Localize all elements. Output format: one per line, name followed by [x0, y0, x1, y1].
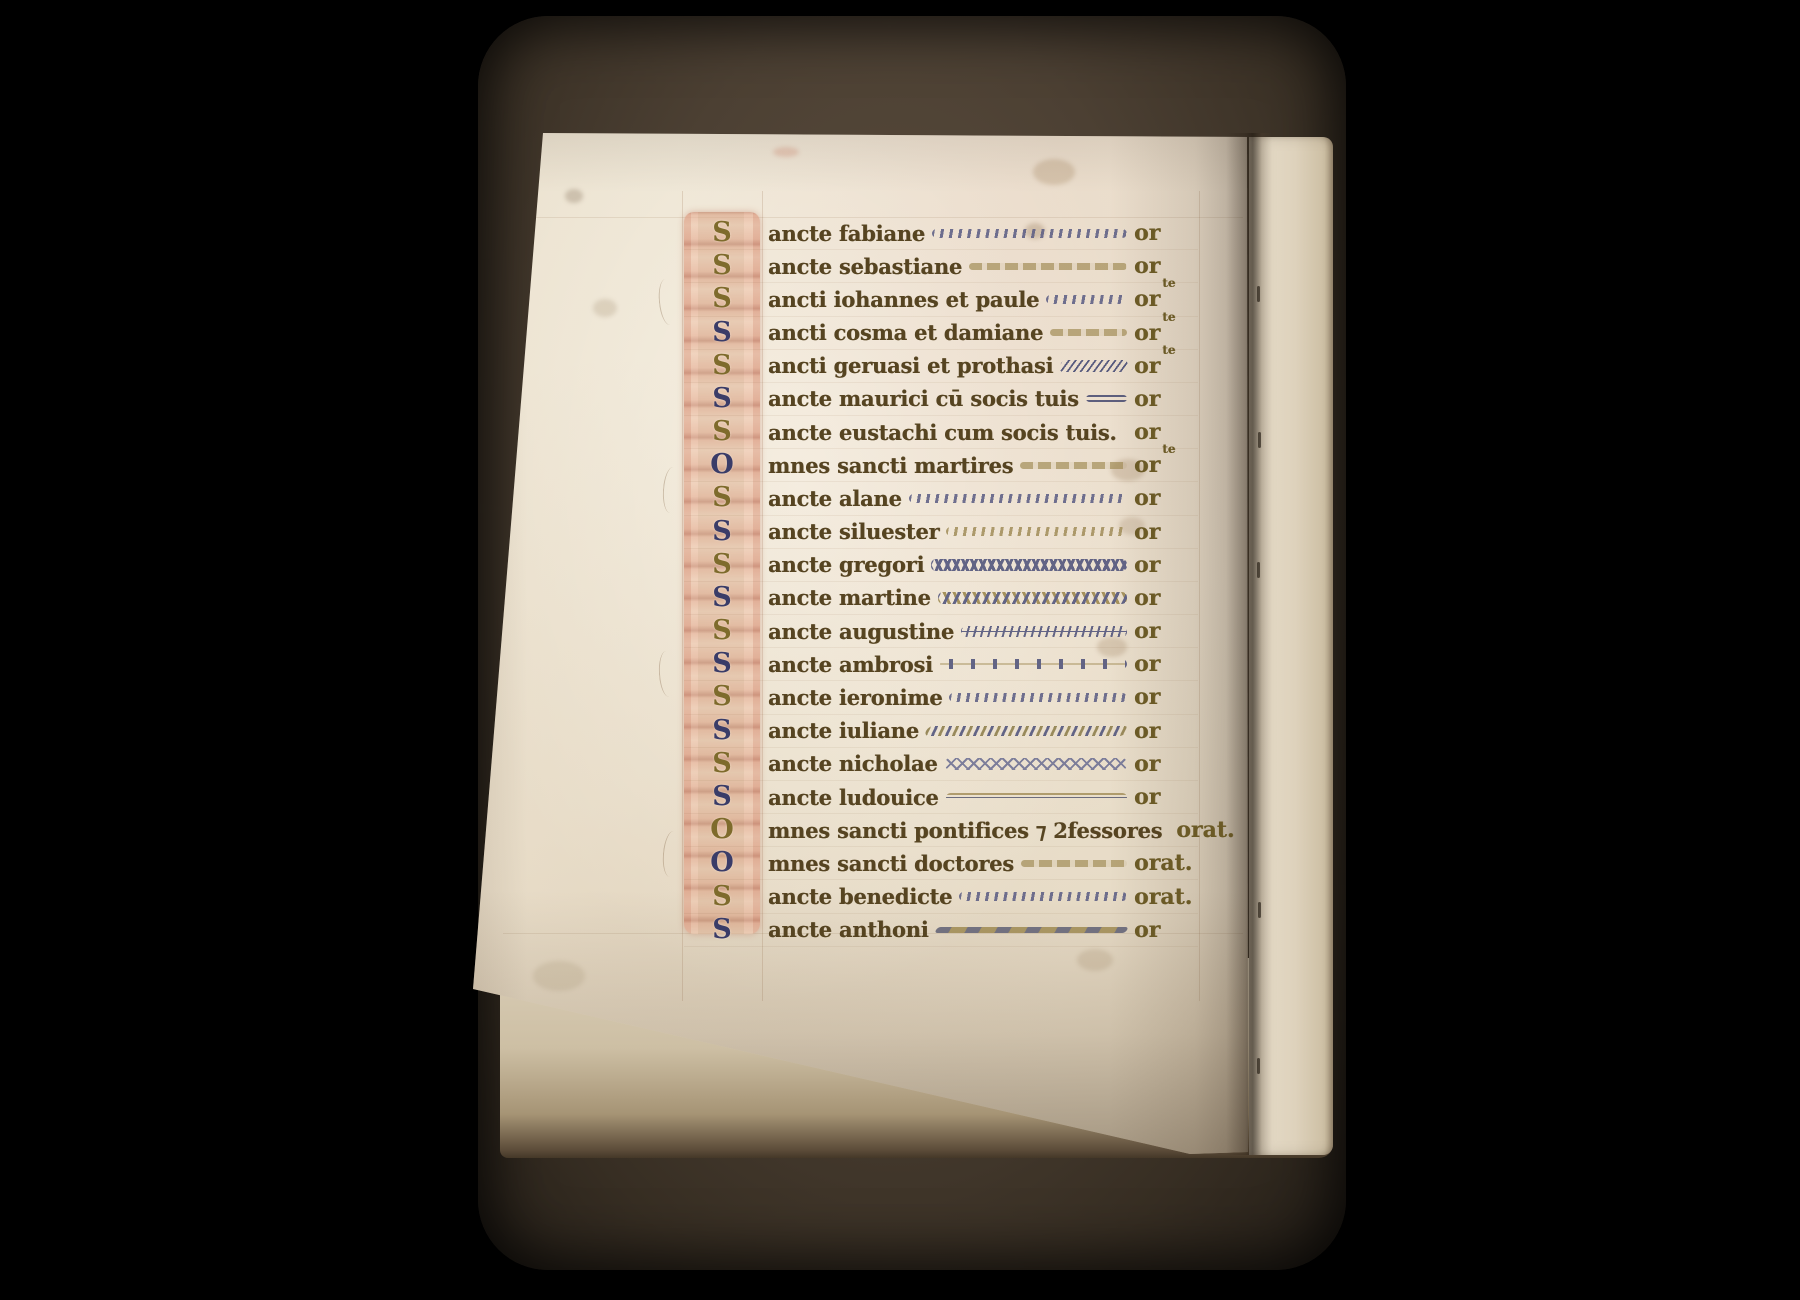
- litany-line: S ancte eustachi cum socis tuis. or: [684, 416, 1198, 449]
- litany-line: S ancte gregori or: [684, 549, 1198, 582]
- response-text: or: [1134, 651, 1198, 677]
- response-text: orat.: [1134, 884, 1198, 910]
- line-text: ancte martine: [768, 585, 931, 610]
- response-superscript: te: [1162, 276, 1175, 290]
- line-text: ancte anthoni: [768, 917, 929, 942]
- gutter-stitch: [1257, 1058, 1260, 1074]
- gutter-stitch: [1258, 432, 1261, 448]
- line-filler: [909, 494, 1127, 503]
- line-text: ancte iuliane: [768, 718, 919, 743]
- response-text: or: [1134, 585, 1198, 611]
- line-text: ancte ludouice: [768, 785, 939, 810]
- response-text: or: [1134, 552, 1198, 578]
- line-initial: S: [684, 682, 760, 712]
- line-initial: S: [684, 318, 760, 348]
- line-initial: S: [684, 218, 760, 248]
- litany-line: S ancte martine or: [684, 582, 1198, 615]
- response-text: or: [1134, 419, 1198, 445]
- response-superscript: te: [1162, 343, 1175, 357]
- litany-line: S ancte alane or: [684, 482, 1198, 515]
- response-superscript: te: [1162, 310, 1175, 324]
- response-text: or: [1134, 917, 1198, 943]
- line-text: ancte sebastiane: [768, 254, 962, 279]
- line-filler: [969, 263, 1127, 270]
- line-filler: [1086, 395, 1127, 402]
- line-initial: S: [684, 251, 760, 281]
- litany-line: O mnes sancti martires orte: [684, 449, 1198, 482]
- response-text: or: [1134, 684, 1198, 710]
- response-text: or: [1134, 386, 1198, 412]
- line-text: ancte eustachi cum socis tuis.: [768, 420, 1117, 445]
- litany-text-block: S ancte fabiane or S ancte sebastiane or…: [684, 217, 1198, 947]
- line-text: ancti geruasi et prothasi: [768, 353, 1053, 378]
- response-text: or: [1134, 751, 1198, 777]
- line-filler: [938, 592, 1127, 604]
- line-text: ancte siluester: [768, 519, 939, 544]
- line-filler: [949, 693, 1127, 702]
- gutter-stitch: [1257, 562, 1260, 578]
- litany-line: S ancti geruasi et prothasi orte: [684, 350, 1198, 383]
- response-text: orte: [1134, 452, 1198, 478]
- litany-line: S ancte ieronime or: [684, 681, 1198, 714]
- line-initial: S: [684, 716, 760, 746]
- litany-line: S ancte augustine or: [684, 615, 1198, 648]
- line-filler: [961, 626, 1127, 637]
- response-text: orte: [1134, 286, 1198, 312]
- line-text: ancte fabiane: [768, 221, 925, 246]
- response-text: orte: [1134, 353, 1198, 379]
- line-filler: [959, 892, 1127, 901]
- litany-line: S ancte iuliane or: [684, 715, 1198, 748]
- litany-line: S ancti cosma et damiane orte: [684, 317, 1198, 350]
- line-filler: [924, 726, 1130, 736]
- line-filler: [946, 793, 1127, 802]
- line-text: ancti iohannes et paule: [768, 287, 1039, 312]
- line-text: ancte benedicte: [768, 884, 952, 909]
- line-initial: S: [684, 351, 760, 381]
- litany-line: S ancte anthoni or: [684, 914, 1198, 947]
- line-filler: [940, 659, 1127, 669]
- line-filler: [1059, 360, 1129, 372]
- line-filler: [1046, 295, 1127, 304]
- line-text: mnes sancti pontifices ⁊ 2fessores: [768, 818, 1162, 843]
- response-superscript: te: [1162, 442, 1175, 456]
- litany-line: S ancte benedicte orat.: [684, 880, 1198, 913]
- line-filler: [1050, 329, 1127, 336]
- line-filler: [1020, 462, 1127, 469]
- gutter-stitch: [1257, 286, 1260, 302]
- response-text: or: [1134, 253, 1198, 279]
- response-text: or: [1134, 519, 1198, 545]
- line-initial: O: [684, 815, 760, 845]
- line-text: ancte ambrosi: [768, 652, 933, 677]
- line-text: mnes sancti doctores: [768, 851, 1014, 876]
- line-initial: S: [684, 749, 760, 779]
- line-initial: O: [684, 450, 760, 480]
- litany-line: S ancte maurici cū socis tuis or: [684, 383, 1198, 416]
- litany-line: S ancte fabiane or: [684, 217, 1198, 250]
- litany-line: S ancte ambrosi or: [684, 648, 1198, 681]
- line-filler: [931, 559, 1127, 571]
- line-filler: [934, 927, 1129, 933]
- line-filler: [932, 229, 1127, 238]
- gutter-shadow: [1226, 133, 1272, 1155]
- manuscript-photo: S ancte fabiane or S ancte sebastiane or…: [0, 0, 1800, 1300]
- line-initial: S: [684, 882, 760, 912]
- litany-line: S ancte ludouice or: [684, 781, 1198, 814]
- line-text: mnes sancti martires: [768, 453, 1013, 478]
- line-text: ancte gregori: [768, 552, 924, 577]
- line-initial: S: [684, 550, 760, 580]
- line-initial: S: [684, 417, 760, 447]
- line-initial: S: [684, 649, 760, 679]
- line-initial: S: [684, 782, 760, 812]
- response-text: or: [1134, 220, 1198, 246]
- line-text: ancte alane: [768, 486, 902, 511]
- litany-line: S ancte nicholae or: [684, 748, 1198, 781]
- line-initial: S: [684, 915, 760, 945]
- line-initial: S: [684, 384, 760, 414]
- line-filler: [1124, 427, 1127, 437]
- response-text: or: [1134, 485, 1198, 511]
- response-text: or: [1134, 784, 1198, 810]
- line-text: ancti cosma et damiane: [768, 320, 1043, 345]
- response-text: orte: [1134, 320, 1198, 346]
- line-text: ancte augustine: [768, 619, 954, 644]
- gutter-stitch: [1258, 902, 1261, 918]
- response-text: or: [1134, 618, 1198, 644]
- line-filler: [946, 527, 1127, 536]
- litany-line: S ancte siluester or: [684, 516, 1198, 549]
- line-initial: S: [684, 583, 760, 613]
- line-initial: S: [684, 616, 760, 646]
- line-initial: S: [684, 483, 760, 513]
- litany-line: S ancti iohannes et paule orte: [684, 283, 1198, 316]
- line-initial: S: [684, 284, 760, 314]
- line-initial: S: [684, 517, 760, 547]
- line-text: ancte ieronime: [768, 685, 942, 710]
- litany-line: O mnes sancti pontifices ⁊ 2fessores ora…: [684, 814, 1198, 847]
- line-filler: [945, 758, 1128, 770]
- line-text: ancte maurici cū socis tuis: [768, 386, 1079, 411]
- response-text: orat.: [1134, 850, 1198, 876]
- line-initial: O: [684, 848, 760, 878]
- response-text: or: [1134, 718, 1198, 744]
- litany-line: O mnes sancti doctores orat.: [684, 847, 1198, 880]
- line-filler: [1021, 860, 1127, 867]
- line-text: ancte nicholae: [768, 751, 938, 776]
- litany-line: S ancte sebastiane or: [684, 250, 1198, 283]
